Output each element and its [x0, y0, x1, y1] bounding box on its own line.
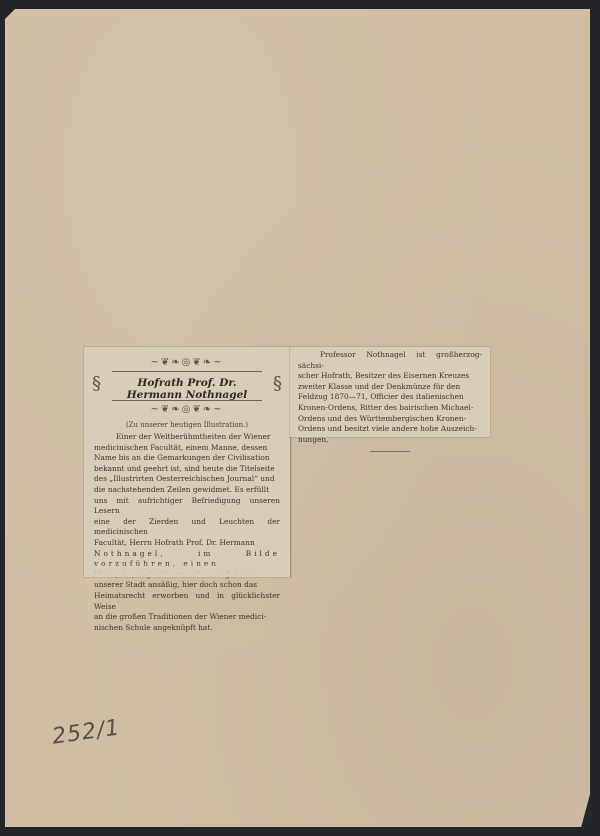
text-line: Einer der Weltberühmtheiten der Wiener — [94, 432, 280, 443]
ornament-rule-bottom — [112, 400, 262, 401]
text-line: bekannt und geehrt ist, sind heute die T… — [94, 464, 280, 475]
text-line: Facultät, Herrn Hofrath Prof. Dr. Herman… — [94, 538, 280, 549]
ornament-bottom-icon: ~❦❧◎❦❧~ — [90, 404, 284, 415]
article-headline: Hofrath Prof. Dr. Hermann Nothnagel — [114, 377, 260, 401]
text-line: des „Illustrirten Oesterreichischen Jour… — [94, 474, 280, 485]
text-line: Ordens und besitzt viele andere hohe Aus… — [298, 424, 482, 435]
text-line: uns mit aufrichtiger Befriedigung unsere… — [94, 496, 280, 517]
text-line: nischen Schule angeknüpft hat. — [94, 623, 280, 634]
clipping-cut-edge — [84, 563, 290, 577]
text-line: Ordens und des Württembergischen Kronen- — [298, 414, 482, 425]
ornament-top-icon: ~❦❧◎❦❧~ — [90, 357, 284, 368]
text-line: scher Hofrath, Besitzer des Eisernen Kre… — [298, 371, 482, 382]
end-of-article-rule — [370, 451, 410, 452]
newspaper-clipping-right: Professor Nothnagel ist großherzog-sächs… — [290, 347, 490, 437]
text-line: zweiter Klasse und der Denkmünze für den — [298, 382, 482, 393]
article-body-right: Professor Nothnagel ist großherzog-sächs… — [298, 350, 482, 445]
text-line: unserer Stadt ansäßig, hier doch schon d… — [94, 580, 280, 591]
text-line: Kronen-Ordens, Ritter des bairischen Mic… — [298, 403, 482, 414]
text-line: medicinischen Facultät, einem Manne, des… — [94, 443, 280, 454]
ornament-scroll-left-icon: § — [92, 373, 101, 394]
newspaper-clipping-left: ~❦❧◎❦❧~ § Hofrath Prof. Dr. Hermann Noth… — [84, 347, 291, 577]
text-line: die nachstehenden Zeilen gewidmet. Es er… — [94, 485, 280, 496]
text-line: Name bis an die Gemarkungen der Civilisa… — [94, 453, 280, 464]
text-line: Feldzug 1870—71, Officier des italienisc… — [298, 392, 482, 403]
text-line: Professor Nothnagel ist großherzog-sächs… — [298, 350, 482, 371]
text-line: Heimatsrecht erworben und in glücklichst… — [94, 591, 280, 612]
text-line: nungen. — [298, 435, 482, 446]
headline-frame: ~❦❧◎❦❧~ § Hofrath Prof. Dr. Hermann Noth… — [90, 355, 284, 417]
text-line: an die großen Traditionen der Wiener med… — [94, 612, 280, 623]
ornament-scroll-right-icon: § — [273, 373, 282, 394]
ornament-rule-top — [112, 371, 262, 372]
article-subhead: (Zu unserer heutigen Illustration.) — [84, 421, 290, 429]
text-line: eine der Zierden und Leuchten der medici… — [94, 517, 280, 538]
article-body-left: Einer der Weltberühmtheiten der Wiener m… — [94, 432, 280, 633]
